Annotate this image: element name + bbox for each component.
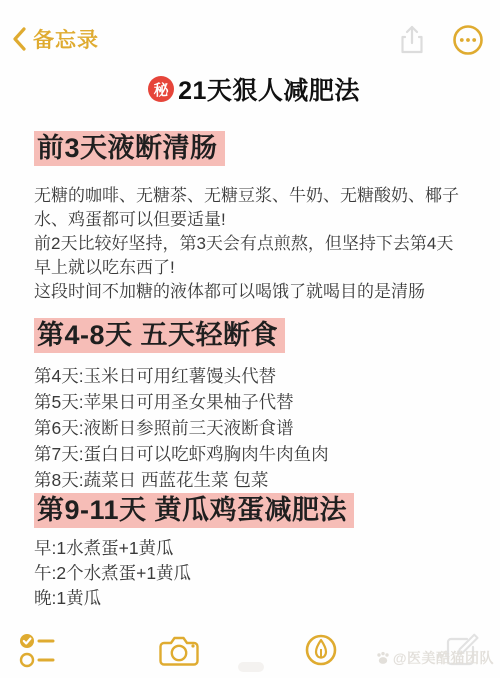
list-item: 第5天:苹果日可用圣女果柚子代替 <box>34 389 474 415</box>
compose-icon <box>443 631 481 669</box>
text-line: 前2天比较好坚持，第3天会有点煎熬，但坚持下去第4天 <box>34 232 474 256</box>
text-line: 水、鸡蛋都可以但要适量! <box>34 208 474 232</box>
top-navigation-bar: 备忘录 <box>0 0 500 60</box>
section-heading-liquid-fast: 前3天液断清肠 <box>34 131 225 166</box>
checklist-icon <box>18 631 58 669</box>
compose-button[interactable] <box>439 629 485 671</box>
note-title-row: 秘 21天狠人减肥法 <box>34 72 474 106</box>
home-indicator-smudge <box>238 662 264 672</box>
notes-app-screen: 备忘录 秘 21天狠人减肥法 <box>0 0 500 678</box>
list-item: 午:2个水煮蛋+1黄瓜 <box>34 561 474 586</box>
more-options-button[interactable] <box>452 24 484 56</box>
checklist-button[interactable] <box>15 629 61 671</box>
secret-badge-icon: 秘 <box>148 76 174 102</box>
list-item: 第6天:液断日参照前三天液断食谱 <box>34 415 474 441</box>
text-line: 无糖的咖啡、无糖茶、无糖豆浆、牛奶、无糖酸奶、椰子 <box>34 184 474 208</box>
day-plan-list: 第4天:玉米日可用红薯馒头代替 第5天:苹果日可用圣女果柚子代替 第6天:液断日… <box>34 363 474 493</box>
camera-button[interactable] <box>156 629 202 671</box>
text-line: 早上就以吃东西了! <box>34 256 474 280</box>
list-item: 第8天:蔬菜日 西蓝花生菜 包菜 <box>34 467 474 493</box>
list-item: 第4天:玉米日可用红薯馒头代替 <box>34 363 474 389</box>
section-paragraph: 无糖的咖啡、无糖茶、无糖豆浆、牛奶、无糖酸奶、椰子 水、鸡蛋都可以但要适量! 前… <box>34 184 474 304</box>
ellipsis-circle-icon <box>452 24 484 56</box>
section-heading-light-fast: 第4-8天 五天轻断食 <box>34 318 285 353</box>
back-button[interactable]: 备忘录 <box>12 24 99 54</box>
list-item: 晚:1黄瓜 <box>34 586 474 611</box>
share-icon <box>396 24 428 56</box>
markup-pen-icon <box>304 633 338 667</box>
meal-plan-list: 早:1水煮蛋+1黄瓜 午:2个水煮蛋+1黄瓜 晚:1黄瓜 <box>34 536 474 611</box>
note-body[interactable]: 秘 21天狠人减肥法 前3天液断清肠 无糖的咖啡、无糖茶、无糖豆浆、牛奶、无糖酸… <box>34 64 474 611</box>
chevron-left-icon <box>12 27 26 51</box>
markup-button[interactable] <box>298 629 344 671</box>
list-item: 早:1水煮蛋+1黄瓜 <box>34 536 474 561</box>
back-label: 备忘录 <box>33 24 99 54</box>
section-heading-cucumber-egg: 第9-11天 黄瓜鸡蛋减肥法 <box>34 493 354 528</box>
share-button[interactable] <box>396 24 428 56</box>
camera-icon <box>158 633 200 667</box>
note-title: 21天狠人减肥法 <box>178 71 360 107</box>
text-line: 这段时间不加糖的液体都可以喝饿了就喝目的是清肠 <box>34 280 474 304</box>
list-item: 第7天:蛋白日可以吃虾鸡胸肉牛肉鱼肉 <box>34 441 474 467</box>
